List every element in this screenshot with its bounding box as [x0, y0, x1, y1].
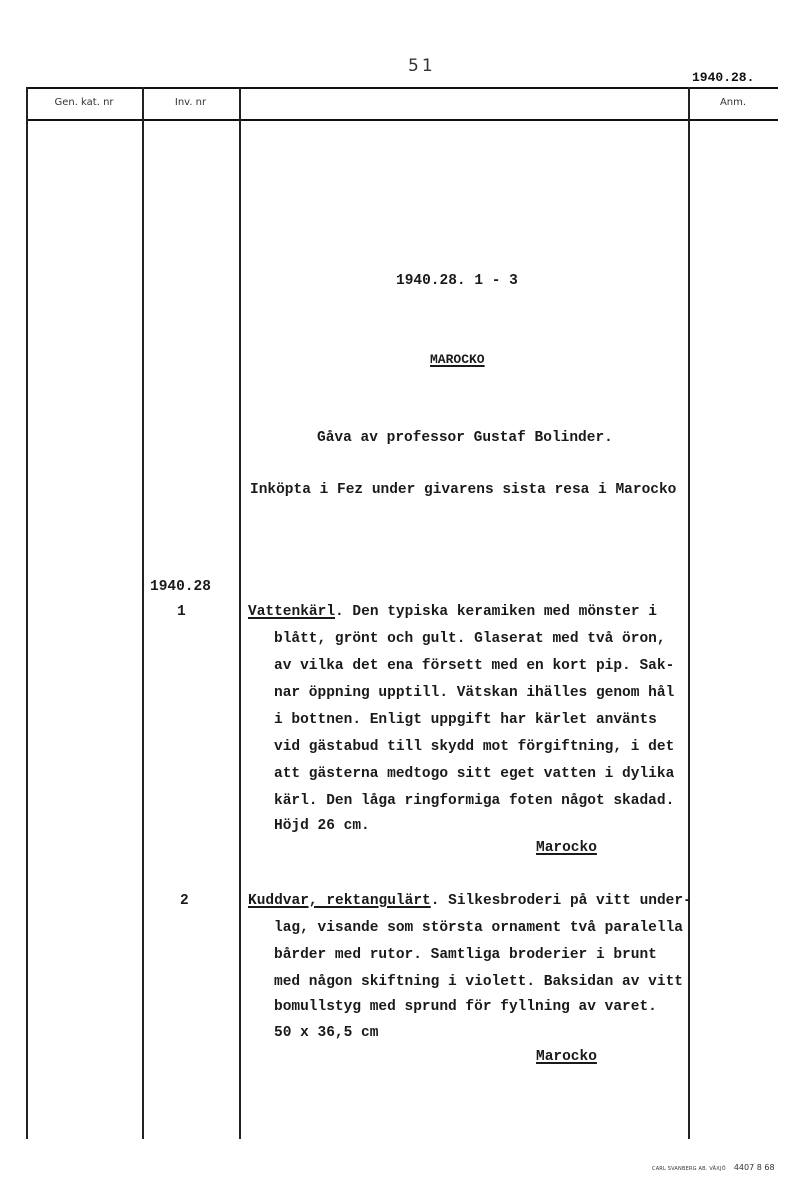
column-header-anm: Anm.	[688, 97, 778, 108]
group-accession-number: 1940.28	[150, 579, 211, 595]
entry-line: kärl. Den låga ringformiga foten något s…	[274, 793, 674, 809]
accession-range: 1940.28. 1 - 3	[396, 273, 518, 289]
entry-line: 50 x 36,5 cm	[274, 1025, 378, 1041]
entry-line: blått, grönt och gult. Glaserat med två …	[274, 631, 666, 647]
entry-origin: Marocko	[536, 840, 597, 856]
page-number: 51	[408, 56, 436, 76]
entry-title: Kuddvar, rektangulärt	[248, 893, 431, 909]
entry-first-line-rest: . Silkesbroderi på vitt under-	[431, 893, 692, 909]
column-divider-left-edge	[26, 87, 28, 1139]
header-top-rule	[26, 87, 778, 89]
entry-line: i bottnen. Enligt uppgift har kärlet anv…	[274, 712, 657, 728]
inv-number: 2	[180, 893, 189, 909]
donor-line: Gåva av professor Gustaf Bolinder.	[317, 430, 613, 446]
provenance-line: Inköpta i Fez under givarens sista resa …	[250, 482, 676, 498]
entry-description: Vattenkärl. Den typiska keramiken med mö…	[248, 604, 688, 844]
entry-line: Höjd 26 cm.	[274, 818, 370, 834]
country-heading: MAROCKO	[430, 352, 485, 367]
entry-first-line-rest: . Den typiska keramiken med mönster i	[335, 604, 657, 620]
column-header-gen-kat-nr: Gen. kat. nr	[26, 97, 142, 108]
column-divider-inv-desc	[239, 87, 241, 1139]
header-bottom-rule	[26, 119, 778, 121]
entry-line: bomullstyg med sprund för fyllning av va…	[274, 999, 657, 1015]
entry-line: bårder med rutor. Samtliga broderier i b…	[274, 947, 657, 963]
entry-title: Vattenkärl	[248, 604, 335, 620]
accession-number-header: 1940.28.	[692, 70, 754, 85]
printer-name: CARL SVANBERG AB. VÄXJÖ	[652, 1166, 726, 1172]
entry-origin: Marocko	[536, 1049, 597, 1065]
entry-first-line: Vattenkärl. Den typiska keramiken med mö…	[248, 604, 657, 620]
column-header-inv-nr: Inv. nr	[142, 97, 239, 108]
entry-first-line: Kuddvar, rektangulärt. Silkesbroderi på …	[248, 893, 692, 909]
entry-line: vid gästabud till skydd mot förgiftning,…	[274, 739, 674, 755]
inv-number: 1	[177, 604, 186, 620]
entry-line: nar öppning upptill. Vätskan ihälles gen…	[274, 685, 674, 701]
form-code: 4407 8 68	[734, 1163, 775, 1172]
entry-line: av vilka det ena försett med en kort pip…	[274, 658, 674, 674]
printer-imprint: CARL SVANBERG AB. VÄXJÖ 4407 8 68	[652, 1155, 775, 1174]
column-divider-gen-inv	[142, 87, 144, 1139]
entry-line: lag, visande som största ornament två pa…	[274, 920, 683, 936]
entry-line: med någon skiftning i violett. Baksidan …	[274, 974, 683, 990]
accession-number-text: 1940.28.	[692, 70, 754, 85]
entry-line: att gästerna medtogo sitt eget vatten i …	[274, 766, 674, 782]
entry-description: Kuddvar, rektangulärt. Silkesbroderi på …	[248, 893, 693, 1043]
